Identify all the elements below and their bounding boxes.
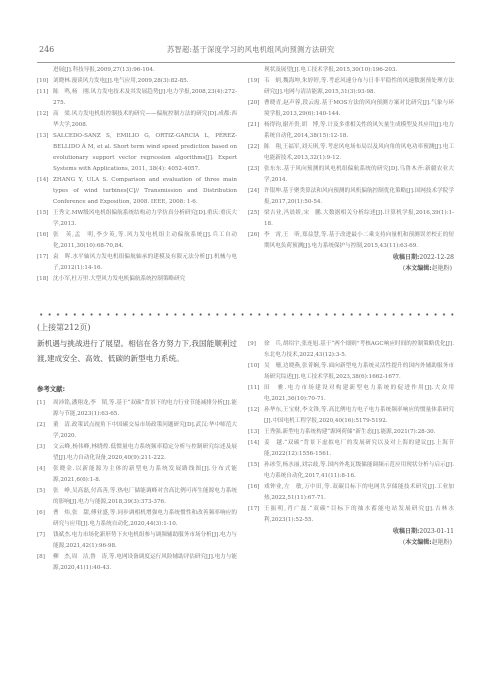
reference-number: [4] xyxy=(37,464,45,475)
reference-number: [20] xyxy=(248,98,259,109)
reference-number: [7] xyxy=(37,530,45,541)
reference-number: [18] xyxy=(37,274,48,285)
reference-item: [3]文云峰,杨伟峰,林晓煌.低惯量电力系统频率稳定分析与控制研究综述及展望[J… xyxy=(37,442,237,464)
editor-label: 本文编辑: xyxy=(405,265,431,272)
reference-item: 进展[J].科技导报,2009,27(13):96-104. xyxy=(37,65,237,76)
reference-text: 韦 炳,魏海坤,朱婷婷,等.考虑风速分布与日非平稳性的风速数据预处理方法研究[J… xyxy=(264,76,454,98)
reference-item: [17]王振明,肖广磊.“双碳”目标下的抽水蓄能电站发展研究[J].吉林水利,2… xyxy=(248,504,454,526)
reference-text: 吴 珊,边晓燕,张菁娴,等.面向新型电力系统灵活性提升的国内外辅助服务市场研究综… xyxy=(264,361,454,383)
reference-number: [26] xyxy=(248,230,259,241)
reference-number: [5] xyxy=(37,486,45,497)
reference-text: 陈 鸣,杨 刚.风力发电技术及其发展趋势[J].电力学报,2008,23(4):… xyxy=(53,87,237,109)
reference-item: [22]陈 翔,王福军,刘天琪,等.考虑风电场布局以及风向角的风电功率预测[J]… xyxy=(248,142,454,164)
reference-text: 袁 晖.水平轴风力发电机组偏航轴承的建模及有限元法分析[J].机械与电子,201… xyxy=(53,252,237,274)
reference-number: [17] xyxy=(248,504,259,515)
article-b-body-text: 新机遇与挑战进行了展望。相信在各方努力下,我国能顺利过渡,建成安全、高效、低碳的… xyxy=(37,337,237,366)
article-b-right-column: [9]徐 兵,胡绍宇,张连旭.基于“两个细则”考核AGC响应时间的控制策略优化[… xyxy=(248,339,454,548)
paren-close: ) xyxy=(450,539,452,546)
reference-item: [5]张 峥,吴高磊,付高善,等.热电厂储能调峰对含高比例可再生能源电力系统的影… xyxy=(37,486,237,508)
reference-text: 王秀强.新型电力系统构建“源网荷储”新生态[J].能源,2021(7):28-3… xyxy=(264,427,454,438)
reference-text: 田 雅.电力市场建设对构建新型电力系统的促进作用[J].大众用电,2021,36… xyxy=(264,383,454,405)
reference-number: [17] xyxy=(37,252,48,263)
running-title: 苏智超:基于深度学习的风电机组风向预测方法研究 xyxy=(167,45,334,55)
reference-item: [15]孙冰莹,杨水丽,刘宗歧,等.国内外兆瓦级储能调频示范应用现状分析与启示[… xyxy=(248,460,454,482)
reference-item: [12]孙华东,王宝财,李文锋,等.高比例电力电子电力系统频率响应的惯量体系研究… xyxy=(248,405,454,427)
reference-item: [13]王秀强.新型电力系统构建“源网荷储”新生态[J].能源,2021(7):… xyxy=(248,427,454,438)
reference-number: [11] xyxy=(248,383,259,394)
reference-text: 张东东.基于风向预测的风电机组偏航系统的研究[D].乌鲁木齐:新疆农业大学,20… xyxy=(264,164,454,186)
reference-number: [15] xyxy=(37,208,48,219)
reference-number: [24] xyxy=(248,186,259,197)
editor-label: 本文编辑: xyxy=(405,539,431,546)
reference-text: 张 峥,吴高磊,付高善,等.热电厂储能调峰对含高比例可再生能源电力系统的影响[J… xyxy=(53,486,237,508)
reference-item: [18]沈小军,杜万里.大型风力发电机偏航系统控制策略研究 xyxy=(37,274,237,285)
reference-text: 徐 兵,胡绍宇,张连旭.基于“两个细则”考核AGC响应时间的控制策略优化[J].… xyxy=(264,339,454,361)
reference-text: ZHANG Y, ULA S. Comparison and evaluatio… xyxy=(53,175,237,208)
reference-item: [16]戏钟业,左 敏,万中田,等.双碳目标下的电网共享储能技术研究[J].工业… xyxy=(248,482,454,504)
reference-text: 曹 炜,张 甜,傅业盛,等.同步调相机增强电力系统惯性和改善频率响应的研究与应用… xyxy=(53,508,237,530)
reference-text: 姜 越.“双碳”背景下虚拟电厂的发展研究以及对上海的建议[J].上海节能,202… xyxy=(264,438,454,460)
reference-text: 陈 翔,王福军,刘天琪,等.考虑风电场布局以及风向角的风电功率预测[J].电工电… xyxy=(264,142,454,164)
received-label: 收稿日期: xyxy=(393,528,419,535)
reference-text: 梁吉业,冯晨娇,宋 鹏.大数据相关分析综述[J].计算机学报,2016,39(1… xyxy=(264,208,454,230)
reference-text: 刘晓林.漫谈风力发电[J].电气应用,2009,28(3):82-85. xyxy=(53,76,237,87)
reference-text: 张晓金.以新能源为主体的新型电力系统发展路线图[J].分布式能源,2021,6(… xyxy=(53,464,237,486)
received-date: 收稿日期:2023-01-11 xyxy=(248,526,454,537)
reference-item: [8]柳 杰,周 洁,鲁 涛,等.电网设备调度运行风险辅助评估研究[J].电力与… xyxy=(37,552,237,574)
reference-text: 孙冰莹,杨水丽,刘宗歧,等.国内外兆瓦级储能调频示范应用现状分析与启示[J].电… xyxy=(264,460,454,482)
editor-name: 赵艳粉 xyxy=(432,539,450,546)
reference-item: [4]张晓金.以新能源为主体的新型电力系统发展路线图[J].分布式能源,2021… xyxy=(37,464,237,486)
reference-text: 孙华东,王宝财,李文锋,等.高比例电力电子电力系统频率响应的惯量体系研究[J].… xyxy=(264,405,454,427)
reference-item: [24]许银坤.基于聚类算法和风向预测的风机偏航控制优化策略[J].国网技术学院… xyxy=(248,186,454,208)
received-value: 2022-12-28 xyxy=(419,254,454,261)
reference-text: 柳 杰,周 洁,鲁 涛,等.电网设备调度运行风险辅助评估研究[J].电力与能源,… xyxy=(53,552,237,574)
reference-text: 董 清.政策试点视角下中国碳交易市场政策问题研究[D].武汉:华中师范大学,20… xyxy=(53,420,237,442)
reference-number: [1] xyxy=(37,398,45,409)
reference-text: 曹晓青,赵声蓉,段云霞.基于MOS方法的风向预测方案对比研究[J].气象与环境学… xyxy=(264,98,454,120)
reference-number: [16] xyxy=(248,482,259,493)
reference-item: 现状及展望[J].电工技术学报,2015,30(10):196-203. xyxy=(248,65,454,76)
reference-text: 周沛铭,潘翔龙,李 韬,等.基于“双碳”背景下的电力行业节能减排分析[J].能源… xyxy=(53,398,237,420)
reference-number: [12] xyxy=(248,405,259,416)
editor-name: 赵艳粉 xyxy=(432,265,450,272)
reference-item: [11]田 雅.电力市场建设对构建新型电力系统的促进作用[J].大众用电,202… xyxy=(248,383,454,405)
reference-number: [14] xyxy=(248,438,259,449)
reference-text: 高 梁.风力发电机组控制技术的研究——偏航控制方法的研究[D].成都:西华大学,… xyxy=(53,109,237,131)
reference-number: [9] xyxy=(248,339,256,350)
reference-text: 现状及展望[J].电工技术学报,2015,30(10):196-203. xyxy=(264,65,454,76)
reference-item: [6]曹 炜,张 甜,傅业盛,等.同步调相机增强电力系统惯性和改善频率响应的研究… xyxy=(37,508,237,530)
page-number: 246 xyxy=(39,45,54,54)
reference-item: [2]董 清.政策试点视角下中国碳交易市场政策问题研究[D].武汉:华中师范大学… xyxy=(37,420,237,442)
references-heading: 参考文献: xyxy=(37,384,65,393)
reference-number: [19] xyxy=(248,76,259,87)
reference-text: 张 英,孟 明,李少英,等.风力发电机组主动偏航系统[J].兵工自动化,2011… xyxy=(53,230,237,252)
reference-number: [13] xyxy=(248,427,259,438)
reference-number: [14] xyxy=(37,175,48,186)
reference-item: [15]王秀文.MW级风电机组偏航系统结构动力学仿真分析研究[D].重庆:重庆大… xyxy=(37,208,237,230)
reference-item: [19]韦 炳,魏海坤,朱婷婷,等.考虑风速分布与日非平稳性的风速数据预处理方法… xyxy=(248,76,454,98)
reference-text: 许银坤.基于聚类算法和风向预测的风机偏航控制优化策略[J].国网技术学院学报,2… xyxy=(264,186,454,208)
article-a-right-column: 现状及展望[J].电工技术学报,2015,30(10):196-203.[19]… xyxy=(248,65,454,274)
reference-number: [12] xyxy=(37,109,48,120)
article-b-left-column: [1]周沛铭,潘翔龙,李 韬,等.基于“双碳”背景下的电力行业节能减排分析[J]… xyxy=(37,398,237,574)
continued-note: (上接第212页) xyxy=(37,322,91,333)
reference-item: [17]袁 晖.水平轴风力发电机组偏航轴承的建模及有限元法分析[J].机械与电子… xyxy=(37,252,237,274)
editor-note: (本文编辑:赵艳粉) xyxy=(248,263,454,274)
reference-item: [1]周沛铭,潘翔龙,李 韬,等.基于“双碳”背景下的电力行业节能减排分析[J]… xyxy=(37,398,237,420)
reference-number: [11] xyxy=(37,87,48,98)
reference-number: [16] xyxy=(37,230,48,241)
reference-text: SALCEDO-SANZ S, EMILIO G, ORTIZ-GARCIA L… xyxy=(53,131,237,175)
received-label: 收稿日期: xyxy=(393,254,419,261)
reference-item: [11]陈 鸣,杨 刚.风力发电技术及其发展趋势[J].电力学报,2008,23… xyxy=(37,87,237,109)
reference-number: [2] xyxy=(37,420,45,431)
reference-number: [10] xyxy=(37,76,48,87)
reference-number: [25] xyxy=(248,208,259,219)
reference-item: [20]曹晓青,赵声蓉,段云霞.基于MOS方法的风向预测方案对比研究[J].气象… xyxy=(248,98,454,120)
reference-item: [16]张 英,孟 明,李少英,等.风力发电机组主动偏航系统[J].兵工自动化,… xyxy=(37,230,237,252)
reference-text: 李 霄,王 昕,郑益慧,等.基于改进最小二乘支持向量机和预测误差校正的短期风电负… xyxy=(264,230,454,252)
reference-item: [26]李 霄,王 昕,郑益慧,等.基于改进最小二乘支持向量机和预测误差校正的短… xyxy=(248,230,454,252)
reference-item: [10]吴 珊,边晓燕,张菁娴,等.面向新型电力系统灵活性提升的国内外辅助服务市… xyxy=(248,361,454,383)
reference-item: [12]高 梁.风力发电机组控制技术的研究——偏航控制方法的研究[D].成都:西… xyxy=(37,109,237,131)
reference-number: [13] xyxy=(37,131,48,142)
reference-item: [13]SALCEDO-SANZ S, EMILIO G, ORTIZ-GARC… xyxy=(37,131,237,175)
reference-text: 钱斌杰.电力市场化新形势下火电机组参与调频辅助服务市场分析[J].电力与能源,2… xyxy=(53,530,237,552)
reference-number: [10] xyxy=(248,361,259,372)
reference-text: 王秀文.MW级风电机组偏航系统结构动力学仿真分析研究[D].重庆:重庆大学,20… xyxy=(53,208,237,230)
reference-number: [23] xyxy=(248,164,259,175)
received-date: 收稿日期:2022-12-28 xyxy=(248,252,454,263)
reference-text: 戏钟业,左 敏,万中田,等.双碳目标下的电网共享储能技术研究[J].工业加热,2… xyxy=(264,482,454,504)
reference-text: 文云峰,杨伟峰,林晓煌.低惯量电力系统频率稳定分析与控制研究综述及展望[J].电… xyxy=(53,442,237,464)
reference-number: [21] xyxy=(248,120,259,131)
reference-item: [14]ZHANG Y, ULA S. Comparison and evalu… xyxy=(37,175,237,208)
reference-text: 沈小军,杜万里.大型风力发电机偏航系统控制策略研究 xyxy=(53,274,237,285)
reference-item: [25]梁吉业,冯晨娇,宋 鹏.大数据相关分析综述[J].计算机学报,2016,… xyxy=(248,208,454,230)
editor-note: (本文编辑:赵艳粉) xyxy=(248,537,454,548)
reference-item: [23]张东东.基于风向预测的风电机组偏航系统的研究[D].乌鲁木齐:新疆农业大… xyxy=(248,164,454,186)
reference-number: [8] xyxy=(37,552,45,563)
reference-number: [15] xyxy=(248,460,259,471)
reference-number: [3] xyxy=(37,442,45,453)
reference-item: [21]杨得钧,谢开贵,胡 博,等.计及多重相关性的风矢量生成模型及其应用[J]… xyxy=(248,120,454,142)
reference-item: [9]徐 兵,胡绍宇,张连旭.基于“两个细则”考核AGC响应时间的控制策略优化[… xyxy=(248,339,454,361)
paren-close: ) xyxy=(450,265,452,272)
reference-item: [10]刘晓林.漫谈风力发电[J].电气应用,2009,28(3):82-85. xyxy=(37,76,237,87)
article-a-left-column: 进展[J].科技导报,2009,27(13):96-104.[10]刘晓林.漫谈… xyxy=(37,65,237,285)
reference-item: [7]钱斌杰.电力市场化新形势下火电机组参与调频辅助服务市场分析[J].电力与能… xyxy=(37,530,237,552)
reference-text: 杨得钧,谢开贵,胡 博,等.计及多重相关性的风矢量生成模型及其应用[J].电力系… xyxy=(264,120,454,142)
received-value: 2023-01-11 xyxy=(419,528,454,535)
reference-number: [22] xyxy=(248,142,259,153)
article-separator xyxy=(37,313,455,316)
reference-text: 进展[J].科技导报,2009,27(13):96-104. xyxy=(53,65,237,76)
reference-number: [6] xyxy=(37,508,45,519)
page-header: 246 苏智超:基于深度学习的风电机组风向预测方法研究 xyxy=(37,44,455,63)
reference-item: [14]姜 越.“双碳”背景下虚拟电厂的发展研究以及对上海的建议[J].上海节能… xyxy=(248,438,454,460)
reference-text: 王振明,肖广磊.“双碳”目标下的抽水蓄能电站发展研究[J].吉林水利,2023(… xyxy=(264,504,454,526)
